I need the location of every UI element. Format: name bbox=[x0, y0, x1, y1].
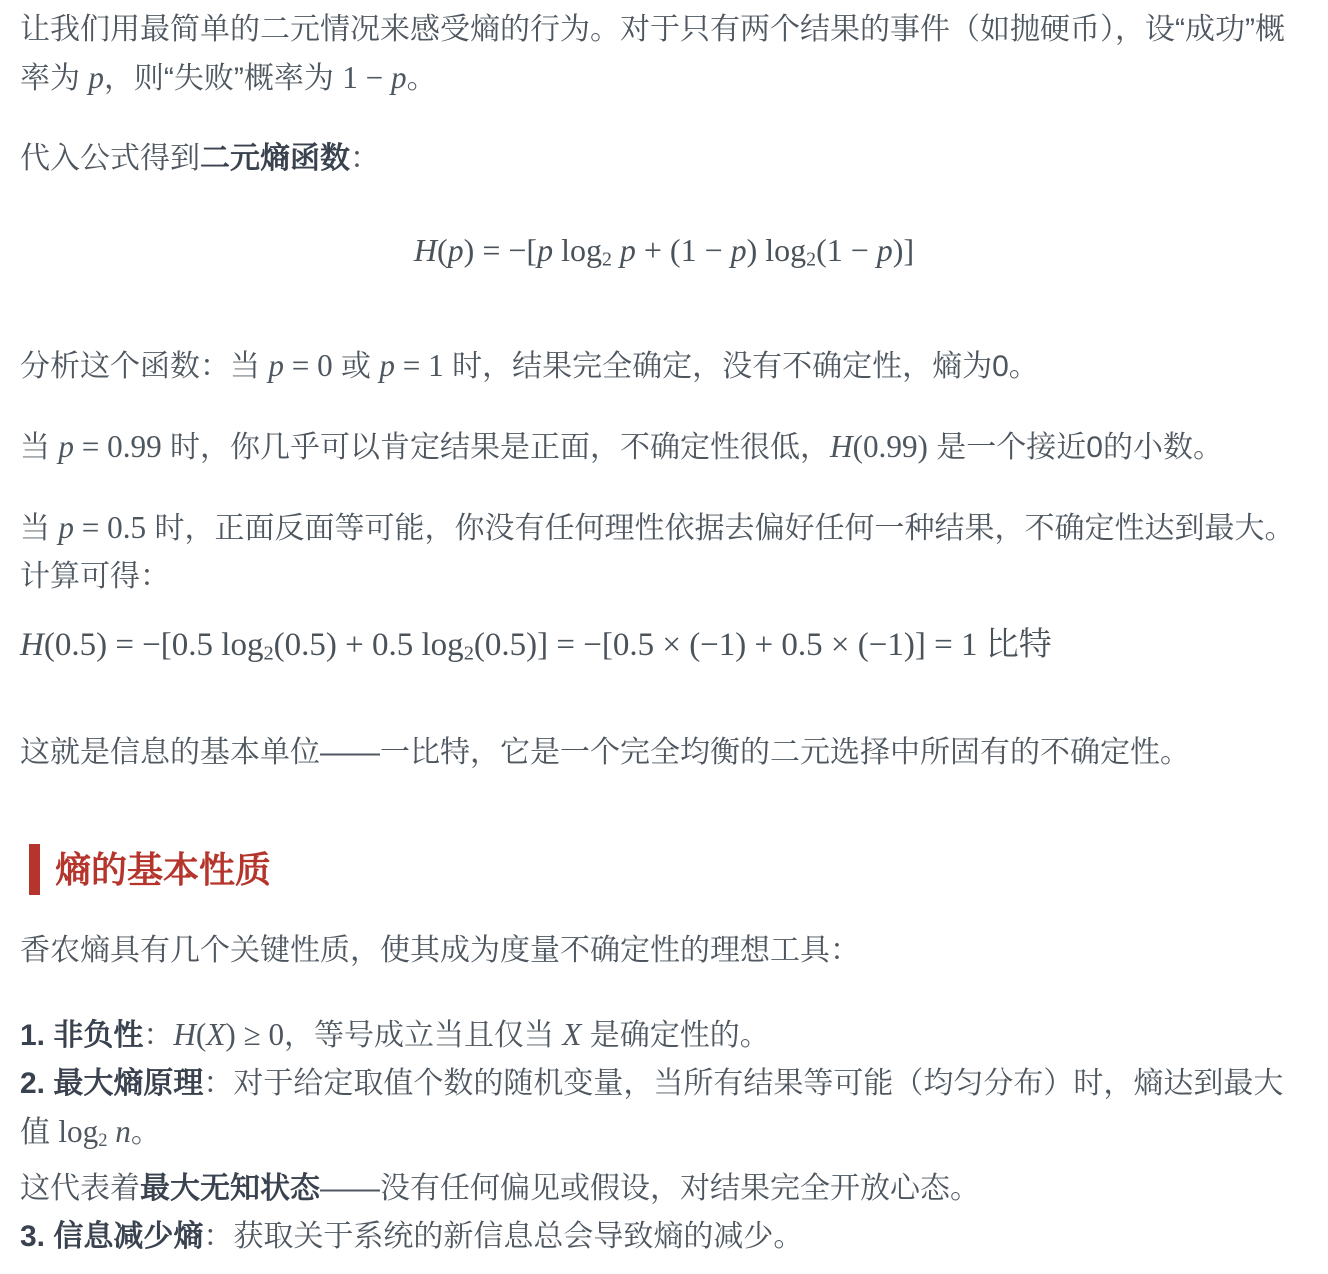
text-run: p bbox=[379, 348, 395, 383]
text-run: (0.5) = −[0.5 log bbox=[44, 627, 264, 663]
text-run: 2 bbox=[98, 1130, 107, 1151]
paragraph-formula-lead-in: 代入公式得到二元熵函数： bbox=[20, 135, 1308, 183]
text-run bbox=[612, 232, 620, 268]
text-run: H bbox=[830, 429, 853, 464]
text-run: ： bbox=[143, 1019, 173, 1052]
property-item-information-reduces-entropy: 3. 信息减少熵：获取关于系统的新信息总会导致熵的减少。 bbox=[20, 1213, 1308, 1261]
text-run: H bbox=[173, 1017, 196, 1052]
text-run: = 0 bbox=[284, 348, 333, 383]
article-entropy-document: 让我们用最简单的二元情况来感受熵的行为。对于只有两个结果的事件（如抛硬币），设“… bbox=[0, 0, 1328, 1274]
text-run: = 0.5 bbox=[74, 510, 146, 545]
text-run: ： bbox=[350, 142, 380, 175]
text-run: X bbox=[562, 1017, 581, 1052]
section-heading-text: 熵的基本性质 bbox=[55, 844, 271, 895]
paragraph-binary-case-intro: 让我们用最简单的二元情况来感受熵的行为。对于只有两个结果的事件（如抛硬币），设“… bbox=[20, 6, 1308, 103]
text-run: 这就是信息的基本单位——一比特，它是一个完全均衡的二元选择中所固有的不确定性。 bbox=[20, 736, 1190, 769]
text-run: 比特 bbox=[986, 627, 1052, 663]
text-run: (0.99) bbox=[853, 429, 928, 464]
property-item-max-entropy-principle: 2. 最大熵原理：对于给定取值个数的随机变量，当所有结果等可能（均匀分布）时，熵… bbox=[20, 1060, 1308, 1165]
paragraph-one-bit-unit: 这就是信息的基本单位——一比特，它是一个完全均衡的二元选择中所固有的不确定性。 bbox=[20, 729, 1308, 777]
text-run: 最大无知状态 bbox=[140, 1172, 320, 1205]
section-heading-entropy-properties: 熵的基本性质 bbox=[29, 844, 1308, 895]
formula-h-05-calculation: H(0.5) = −[0.5 log2(0.5) + 0.5 log2(0.5)… bbox=[20, 621, 1308, 678]
text-run: H bbox=[20, 627, 44, 663]
properties-list: 1. 非负性：H(X) ≥ 0，等号成立当且仅当 X 是确定性的。 2. 最大熵… bbox=[20, 1011, 1308, 1261]
text-run: p bbox=[391, 60, 407, 95]
text-run: ) ≥ 0 bbox=[225, 1017, 284, 1052]
property-item-nonnegativity: 1. 非负性：H(X) ≥ 0，等号成立当且仅当 X 是确定性的。 bbox=[20, 1011, 1308, 1060]
text-run: p bbox=[58, 429, 74, 464]
text-run: 2 bbox=[263, 643, 273, 665]
text-run: 分析这个函数：当 bbox=[20, 350, 268, 383]
text-run: 是一个接近0的小数。 bbox=[928, 431, 1223, 464]
text-run: 。 bbox=[407, 62, 437, 95]
formula-binary-entropy-function: H(p) = −[p log2 p + (1 − p) log2(1 − p)] bbox=[20, 227, 1308, 282]
text-run: 1 − bbox=[342, 60, 391, 95]
text-run: p bbox=[877, 232, 893, 268]
text-run: 这代表着 bbox=[20, 1172, 140, 1205]
text-run: p bbox=[268, 348, 284, 383]
text-run: + (1 − bbox=[636, 232, 731, 268]
text-run: (0.5) + 0.5 log bbox=[274, 627, 464, 663]
text-run: ) log bbox=[747, 232, 807, 268]
text-run: = 0.99 bbox=[74, 429, 162, 464]
text-run: ：对于给定取值个数的随机变量，当所有结果等可能（均匀分布）时，熵达到最大值 bbox=[20, 1067, 1283, 1149]
text-run: ——没有任何偏见或假设，对结果完全开放心态。 bbox=[320, 1172, 980, 1205]
text-run: 2 bbox=[806, 248, 816, 270]
paragraph-function-analysis: 分析这个函数：当 p = 0 或 p = 1 时，结果完全确定，没有不确定性，熵… bbox=[20, 342, 1308, 391]
text-run: ：获取关于系统的新信息总会导致熵的减少。 bbox=[203, 1220, 803, 1253]
paragraph-p-05-case: 当 p = 0.5 时，正面反面等可能，你没有任何理性依据去偏好任何一种结果，不… bbox=[20, 504, 1308, 601]
text-run: 或 bbox=[333, 350, 380, 383]
text-run: 当 bbox=[20, 431, 58, 464]
paragraph-p-099-case: 当 p = 0.99 时，你几乎可以肯定结果是正面，不确定性很低，H(0.99)… bbox=[20, 423, 1308, 472]
property-item-max-ignorance-note: 这代表着最大无知状态——没有任何偏见或假设，对结果完全开放心态。 bbox=[20, 1165, 1308, 1213]
text-run: 时，你几乎可以肯定结果是正面，不确定性很低， bbox=[162, 431, 830, 464]
text-run: 代入公式得到 bbox=[20, 142, 200, 175]
text-run: p bbox=[448, 232, 464, 268]
text-run: ，等号成立当且仅当 bbox=[284, 1019, 562, 1052]
text-run: 时，结果完全确定，没有不确定性，熵为0。 bbox=[444, 350, 1039, 383]
text-run: log bbox=[58, 1114, 98, 1149]
text-run: p bbox=[620, 232, 636, 268]
text-run: 3. 信息减少熵 bbox=[20, 1220, 203, 1253]
text-run: 2. 最大熵原理 bbox=[20, 1067, 203, 1100]
text-run: 二元熵函数 bbox=[200, 142, 350, 175]
text-run: log bbox=[553, 232, 602, 268]
heading-accent-bar bbox=[29, 844, 40, 895]
text-run: 香农熵具有几个关键性质，使其成为度量不确定性的理想工具： bbox=[20, 934, 860, 967]
text-run: ( bbox=[437, 232, 448, 268]
text-run: X bbox=[206, 1017, 225, 1052]
text-run: p bbox=[58, 510, 74, 545]
text-run: p bbox=[88, 60, 104, 95]
text-run: n bbox=[115, 1114, 131, 1149]
text-run: = 1 bbox=[395, 348, 444, 383]
text-run: p bbox=[537, 232, 553, 268]
text-run: 1. 非负性 bbox=[20, 1019, 143, 1052]
text-run: 时，正面反面等可能，你没有任何理性依据去偏好任何一种结果，不确定性达到最大。计算… bbox=[20, 512, 1294, 593]
paragraph-properties-intro: 香农熵具有几个关键性质，使其成为度量不确定性的理想工具： bbox=[20, 927, 1308, 975]
text-run: ( bbox=[196, 1017, 206, 1052]
text-run: H bbox=[414, 232, 437, 268]
text-run: 2 bbox=[602, 248, 612, 270]
text-run: 当 bbox=[20, 512, 58, 545]
text-run: p bbox=[731, 232, 747, 268]
text-run: 2 bbox=[464, 643, 474, 665]
text-run: 。 bbox=[131, 1116, 161, 1149]
text-run: )] bbox=[893, 232, 914, 268]
text-run: ) = −[ bbox=[464, 232, 537, 268]
text-run: (1 − bbox=[816, 232, 877, 268]
text-run: ，则“失败”概率为 bbox=[104, 62, 342, 95]
text-run: 是确定性的。 bbox=[581, 1019, 769, 1052]
text-run: (0.5)] = −[0.5 × (−1) + 0.5 × (−1)] = 1 bbox=[474, 627, 986, 663]
